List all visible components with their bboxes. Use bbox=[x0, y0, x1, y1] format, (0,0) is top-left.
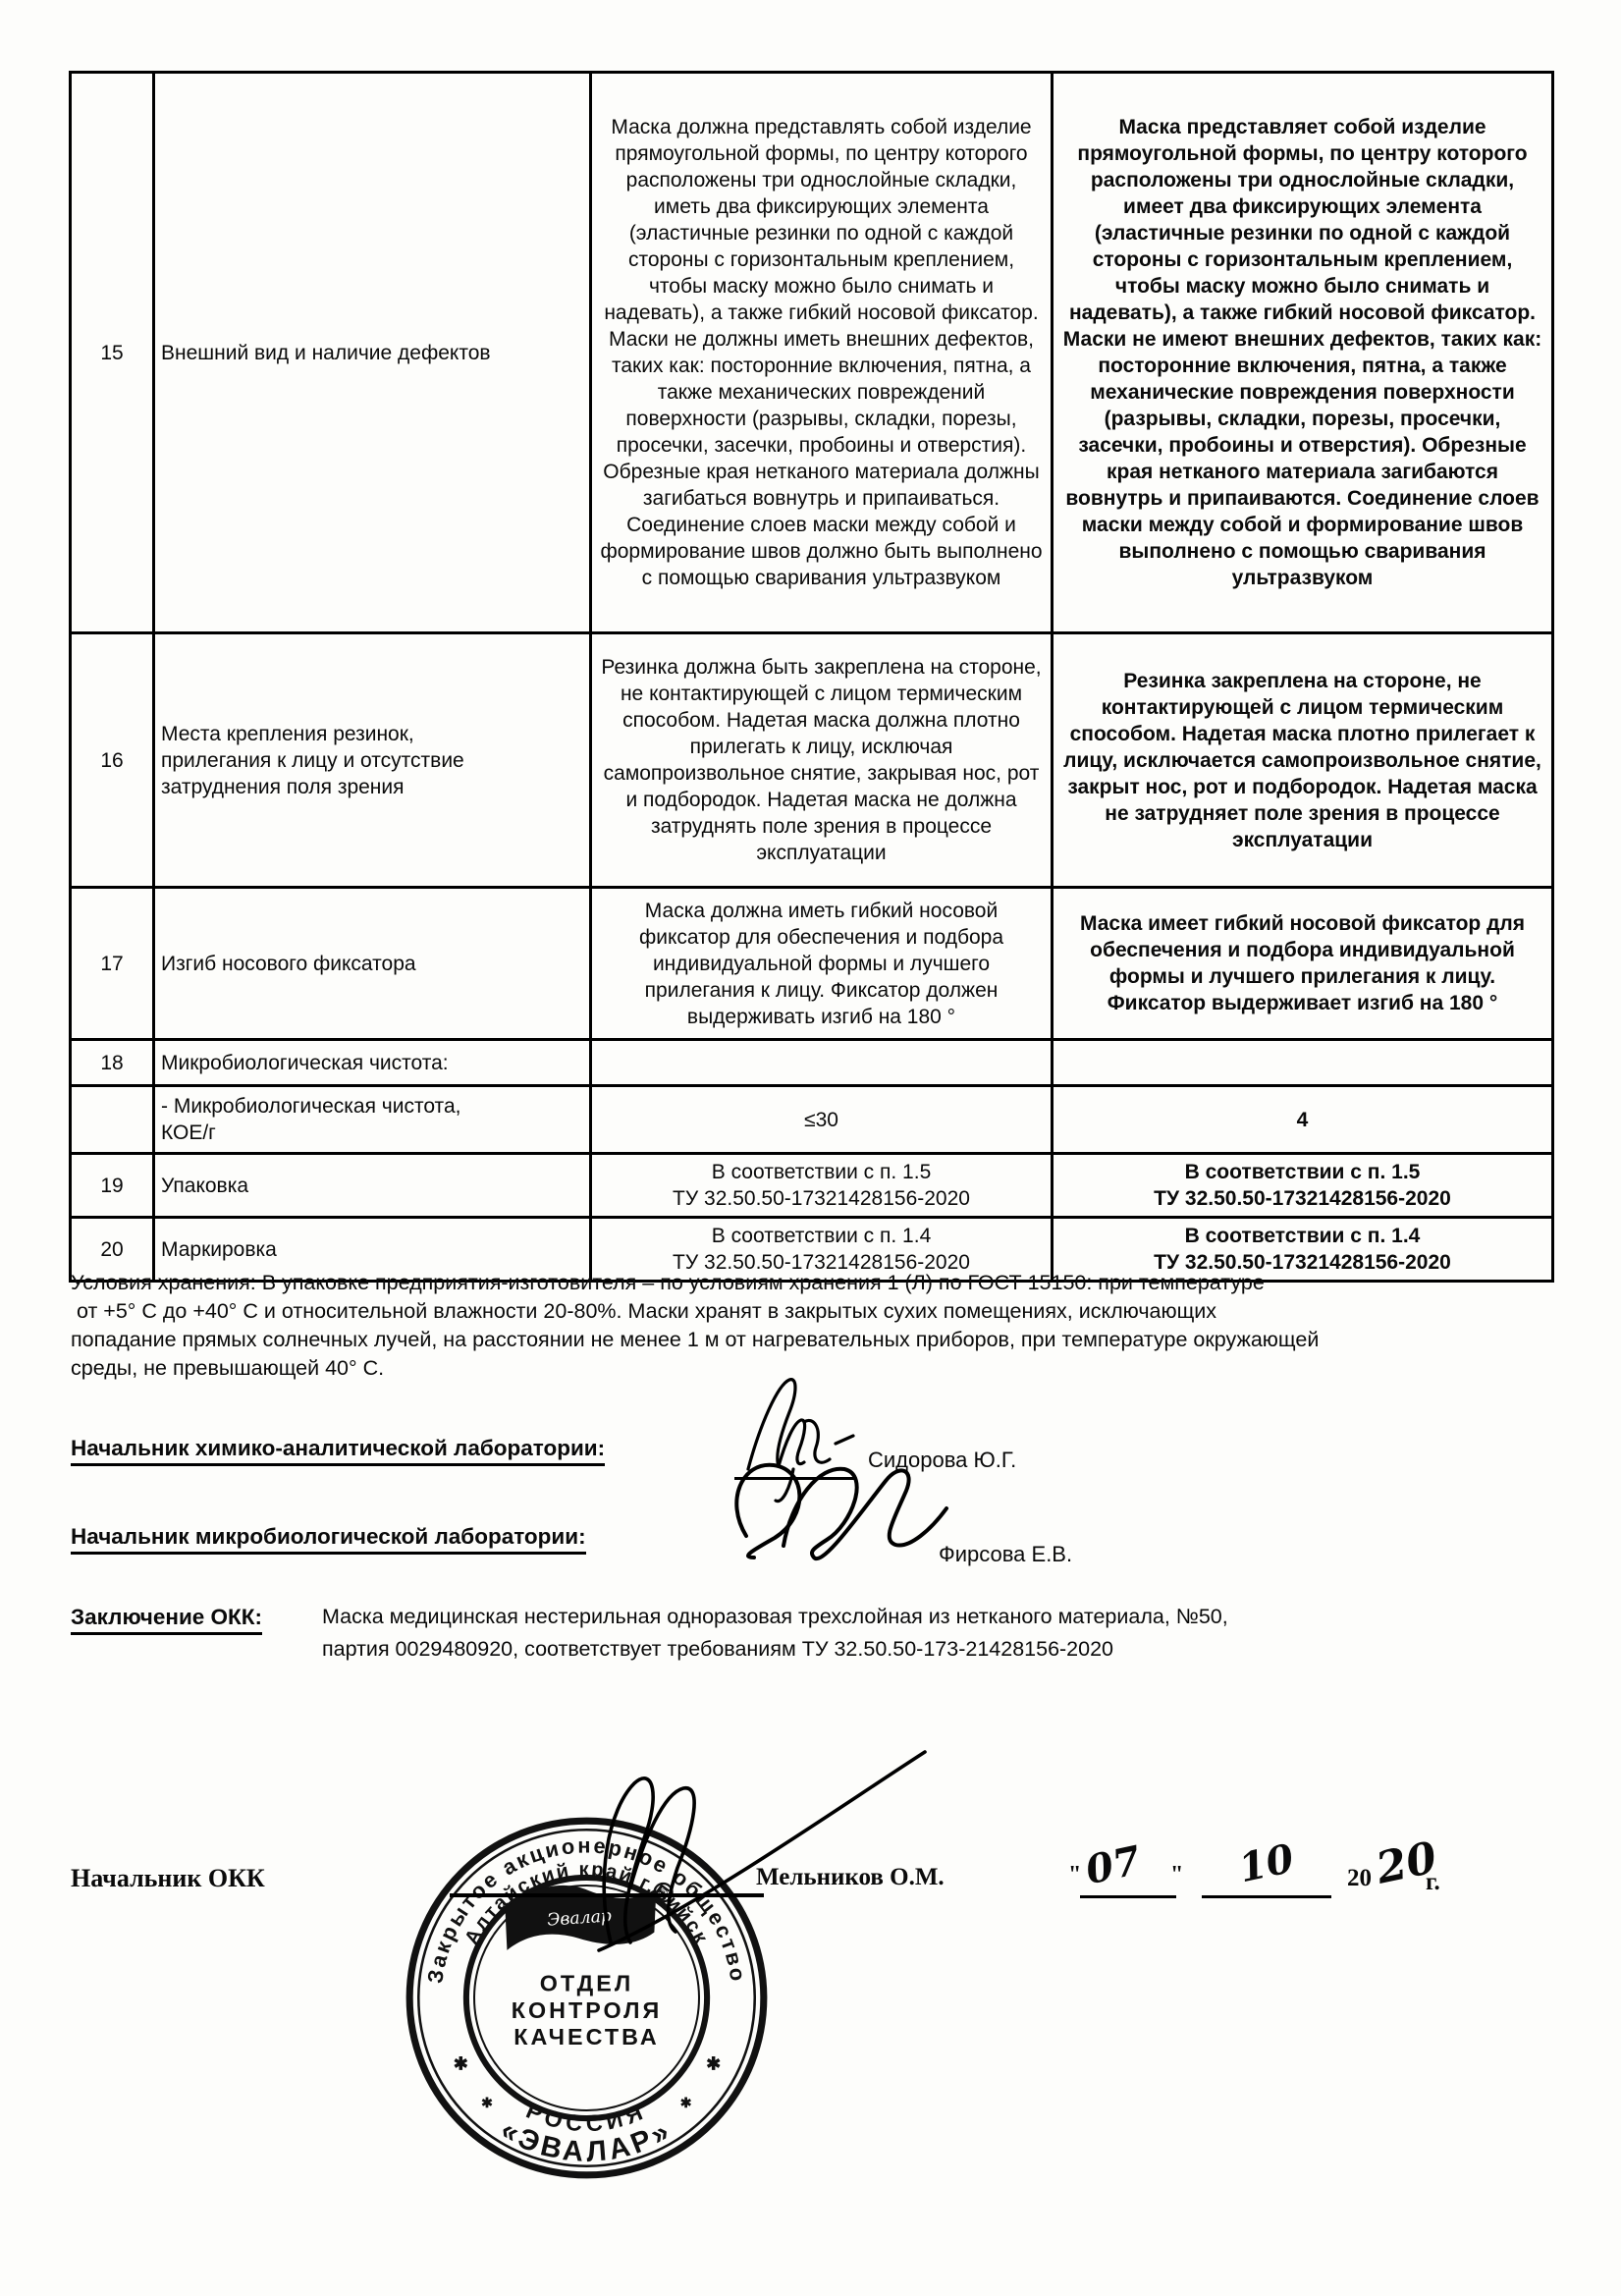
star-icon: ✱ bbox=[454, 2052, 468, 2073]
requirement-cell: Резинка должна быть закреплена на сторон… bbox=[591, 633, 1053, 888]
year-suffix: г. bbox=[1426, 1869, 1440, 1896]
result-cell: В соответствии с п. 1.5 ТУ 32.50.50-1732… bbox=[1053, 1154, 1553, 1218]
stamp-dept-line2: КОНТРОЛЯ bbox=[512, 1997, 663, 2023]
day-underline bbox=[1080, 1895, 1176, 1898]
month-underline bbox=[1202, 1895, 1331, 1898]
year-prefix: 20 bbox=[1347, 1865, 1372, 1892]
row-number: 18 bbox=[71, 1040, 154, 1086]
requirement-cell: Маска должна иметь гибкий носовой фиксат… bbox=[591, 888, 1053, 1040]
requirement-cell: В соответствии с п. 1.5 ТУ 32.50.50-1732… bbox=[591, 1154, 1053, 1218]
firsova-signature bbox=[713, 1440, 953, 1572]
melnikov-signature bbox=[461, 1738, 952, 1959]
stamp-dept-line3: КАЧЕСТВА bbox=[513, 2024, 659, 2050]
parameter-name: Микробиологическая чистота: bbox=[154, 1040, 591, 1086]
table-row: 19 Упаковка В соответствии с п. 1.5 ТУ 3… bbox=[71, 1154, 1553, 1218]
row-number bbox=[71, 1086, 154, 1154]
table-row: 18 Микробиологическая чистота: bbox=[71, 1040, 1553, 1086]
result-cell: Резинка закреплена на стороне, не контак… bbox=[1053, 633, 1553, 888]
row-number: 15 bbox=[71, 73, 154, 633]
result-cell: Маска имеет гибкий носовой фиксатор для … bbox=[1053, 888, 1553, 1040]
row-number: 16 bbox=[71, 633, 154, 888]
requirement-cell: ≤30 bbox=[591, 1086, 1053, 1154]
parameter-name: Изгиб носового фиксатора bbox=[154, 888, 591, 1040]
table-row: 17 Изгиб носового фиксатора Маска должна… bbox=[71, 888, 1553, 1040]
handwritten-month: 10 bbox=[1235, 1835, 1298, 1892]
date-open-quote: " bbox=[1068, 1862, 1081, 1888]
micro-lab-head-name: Фирсова Е.В. bbox=[939, 1542, 1072, 1567]
spec-table: 15 Внешний вид и наличие дефектов Маска … bbox=[69, 71, 1554, 1283]
result-cell bbox=[1053, 1040, 1553, 1086]
parameter-name: - Микробиологическая чистота, КОЕ/г bbox=[154, 1086, 591, 1154]
row-number: 17 bbox=[71, 888, 154, 1040]
star-icon: ✱ bbox=[481, 2096, 493, 2111]
micro-lab-head-label: Начальник микробиологической лаборатории… bbox=[71, 1524, 586, 1555]
handwritten-day: 07 bbox=[1082, 1837, 1145, 1894]
parameter-name: Упаковка bbox=[154, 1154, 591, 1218]
table-row: 15 Внешний вид и наличие дефектов Маска … bbox=[71, 73, 1553, 633]
parameter-name: Внешний вид и наличие дефектов bbox=[154, 73, 591, 633]
parameter-name: Места крепления резинок, прилегания к ли… bbox=[154, 633, 591, 888]
okk-head-label: Начальник ОКК bbox=[71, 1864, 265, 1893]
scanned-quality-certificate: 15 Внешний вид и наличие дефектов Маска … bbox=[0, 0, 1621, 2296]
chem-lab-head-label: Начальник химико-аналитической лаборатор… bbox=[71, 1436, 605, 1466]
requirement-cell bbox=[591, 1040, 1053, 1086]
result-cell: 4 bbox=[1053, 1086, 1553, 1154]
okk-conclusion-text: Маска медицинская нестерильная одноразов… bbox=[322, 1601, 1441, 1666]
row-number: 19 bbox=[71, 1154, 154, 1218]
date-close-quote: " bbox=[1170, 1862, 1183, 1888]
table-row: 16 Места крепления резинок, прилегания к… bbox=[71, 633, 1553, 888]
table-row: - Микробиологическая чистота, КОЕ/г ≤30 … bbox=[71, 1086, 1553, 1154]
storage-conditions-paragraph: Условия хранения: В упаковке предприятия… bbox=[71, 1269, 1553, 1383]
okk-conclusion-label: Заключение ОКК: bbox=[71, 1605, 262, 1635]
stamp-dept-line1: ОТДЕЛ bbox=[540, 1970, 633, 1995]
result-cell: Маска представляет собой изделие прямоуг… bbox=[1053, 73, 1553, 633]
star-icon: ✱ bbox=[680, 2096, 692, 2111]
star-icon: ✱ bbox=[706, 2052, 721, 2073]
requirement-cell: Маска должна представлять собой изделие … bbox=[591, 73, 1053, 633]
